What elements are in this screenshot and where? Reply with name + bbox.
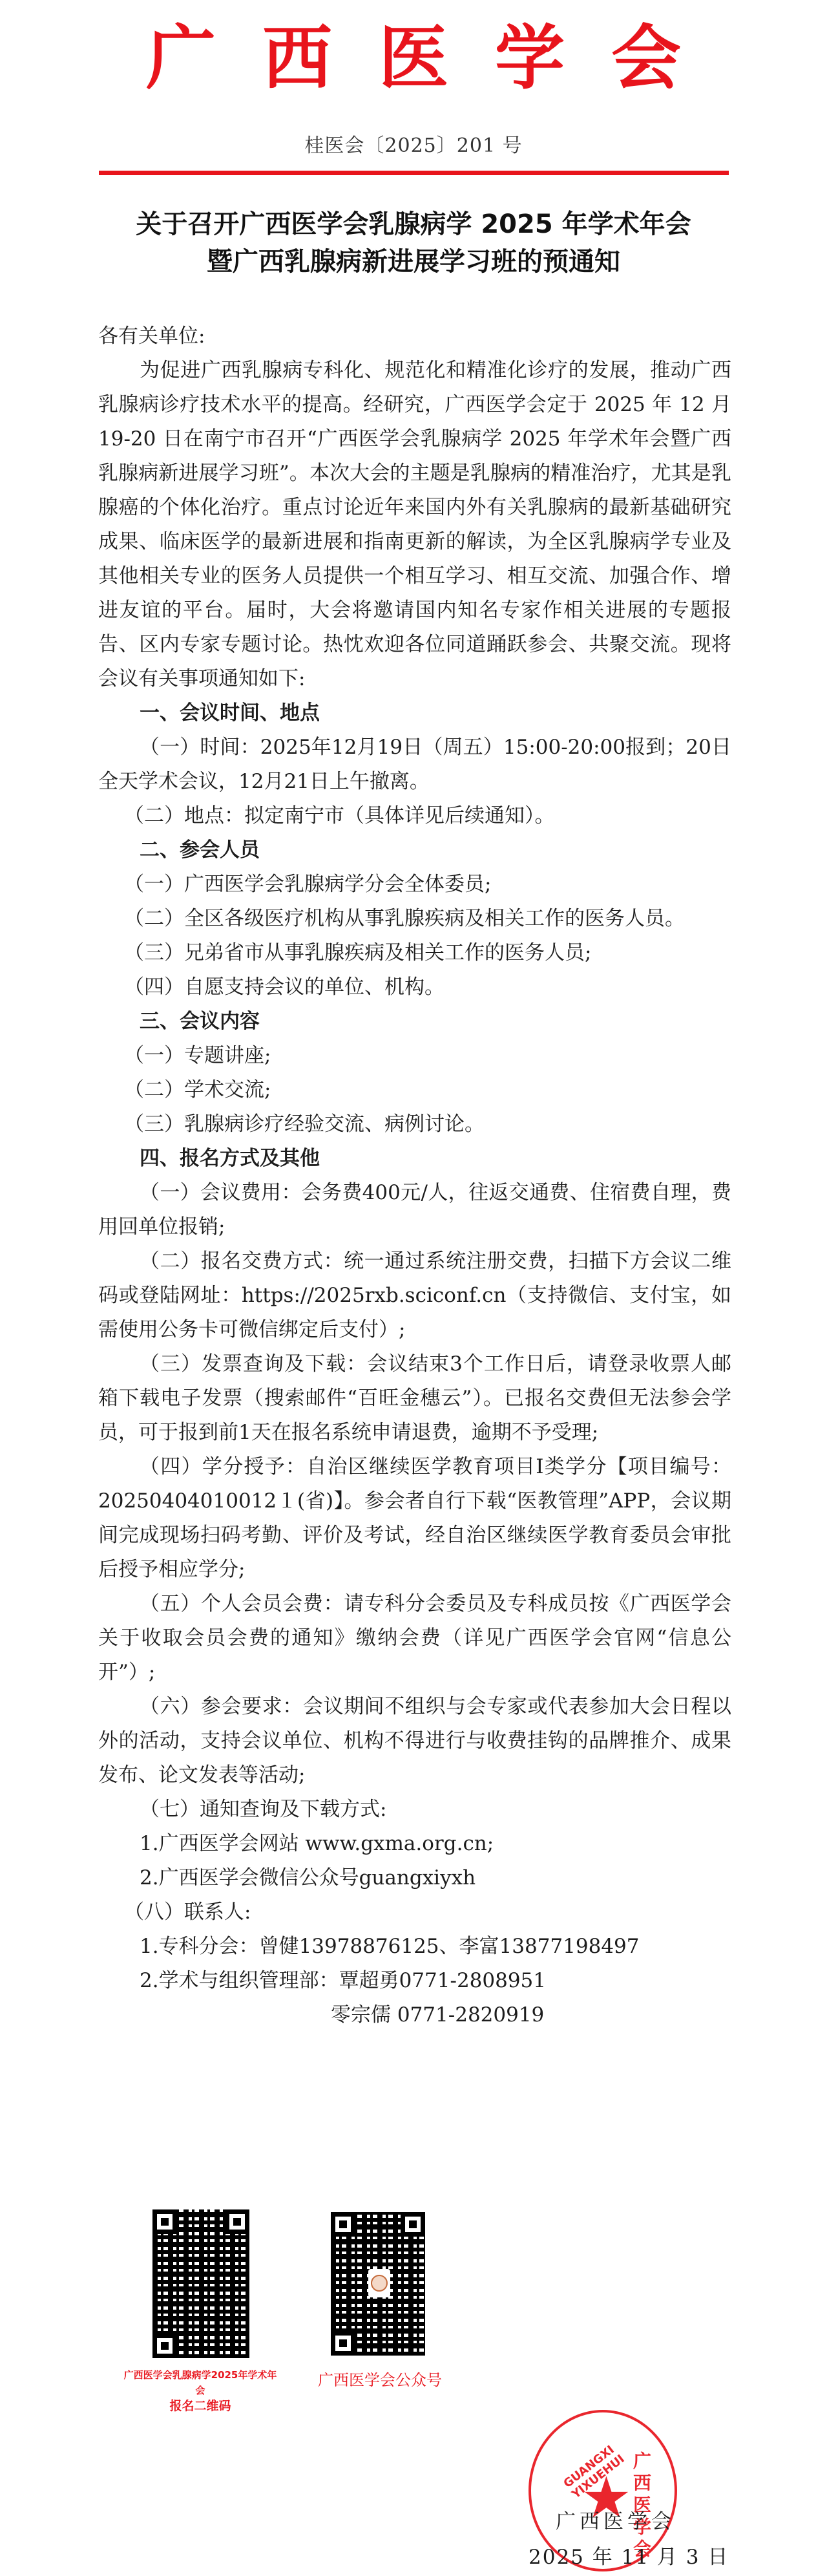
contact-dept: 2.学术与组织管理部：覃超勇0771-2808951 bbox=[98, 1964, 731, 1998]
registration-qr-caption: 广西医学会乳腺病学2025年学术年会 报名二维码 bbox=[123, 2367, 278, 2414]
section-2-item-3: （三）兄弟省市从事乳腺疾病及相关工作的医务人员; bbox=[98, 936, 731, 970]
gxma-logo-icon bbox=[368, 2269, 390, 2297]
masthead-org-name: 广西医学会 bbox=[0, 0, 827, 116]
qr-finder bbox=[331, 2331, 355, 2356]
section-4-item-5-fees: （五）个人会员会费：请专科分会委员及专科成员按《广西医学会关于收取会员会费的通知… bbox=[98, 1587, 731, 1690]
section-4-item-2-registration: （二）报名交费方式：统一通过系统注册交费，扫描下方会议二维码或登陆网址：http… bbox=[98, 1244, 731, 1347]
section-heading-4: 四、报名方式及其他 bbox=[98, 1142, 731, 1176]
qr-caption-line-1: 广西医学会乳腺病学2025年学术年会 bbox=[123, 2367, 278, 2398]
section-4-item-7-download: （七）通知查询及下载方式: bbox=[98, 1793, 731, 1827]
intro-paragraph: 为促进广西乳腺病专科化、规范化和精准化诊疗的发展，推动广西乳腺病诊疗技术水平的提… bbox=[98, 354, 731, 696]
qr-finder bbox=[152, 2209, 177, 2234]
section-1-item-2: （二）地点：拟定南宁市（具体详见后续通知）。 bbox=[98, 799, 731, 833]
section-2-item-2: （二）全区各级医疗机构从事乳腺疾病及相关工作的医务人员。 bbox=[98, 902, 731, 936]
title-line-1: 关于召开广西医学会乳腺病学 2025 年学术年会 bbox=[0, 206, 827, 243]
section-heading-3: 三、会议内容 bbox=[98, 1005, 731, 1039]
contact-heading: （八）联系人: bbox=[98, 1895, 731, 1930]
qr-code-image bbox=[331, 2212, 425, 2356]
document-number: 桂医会〔2025〕201 号 bbox=[0, 129, 827, 158]
section-4-item-6-requirements: （六）参会要求：会议期间不组织与会专家或代表参加大会日程以外的活动，支持会议单位… bbox=[98, 1690, 731, 1793]
section-3-item-1: （一）专题讲座; bbox=[98, 1039, 731, 1073]
wechat-account-qr-code[interactable] bbox=[331, 2212, 428, 2359]
title-line-2: 暨广西乳腺病新进展学习班的预通知 bbox=[0, 243, 827, 281]
contact-branch: 1.专科分会：曾健13978876125、李富13877198497 bbox=[98, 1930, 731, 1964]
notice-title: 关于召开广西医学会乳腺病学 2025 年学术年会 暨广西乳腺病新进展学习班的预通… bbox=[0, 206, 827, 281]
section-3-item-2: （二）学术交流; bbox=[98, 1073, 731, 1107]
qr-finder bbox=[225, 2209, 249, 2234]
registration-qr-code[interactable] bbox=[152, 2209, 249, 2357]
salutation: 各有关单位: bbox=[98, 319, 731, 354]
red-divider bbox=[99, 171, 729, 175]
download-way-wechat: 2.广西医学会微信公众号guangxiyxh bbox=[98, 1861, 731, 1895]
signature-org: 广西医学会 bbox=[556, 2505, 675, 2534]
section-heading-1: 一、会议时间、地点 bbox=[98, 696, 731, 730]
section-2-item-1: （一）广西医学会乳腺病学分会全体委员; bbox=[98, 868, 731, 902]
download-way-website: 1.广西医学会网站 www.gxma.org.cn; bbox=[98, 1827, 731, 1861]
section-1-item-1: （一）时间：2025年12月19日（周五）15:00-20:00报到；20日全天… bbox=[98, 730, 731, 799]
section-3-item-3: （三）乳腺病诊疗经验交流、病例讨论。 bbox=[98, 1107, 731, 1142]
section-4-item-4-credits: （四）学分授予：自治区继续医学教育项目I类学分【项目编号：20250404010… bbox=[98, 1450, 731, 1587]
section-4-item-3-invoice: （三）发票查询及下载：会议结束3个工作日后，请登录收票人邮箱下载电子发票（搜索邮… bbox=[98, 1347, 731, 1450]
qr-finder bbox=[152, 2334, 177, 2358]
qr-caption-line-2: 报名二维码 bbox=[123, 2398, 278, 2414]
signature-date: 2025 年 11 月 3 日 bbox=[529, 2540, 729, 2570]
qr-finder bbox=[401, 2212, 425, 2237]
contact-dept-second: 零宗儒 0771-2820919 bbox=[98, 1998, 731, 2032]
section-2-item-4: （四）自愿支持会议的单位、机构。 bbox=[98, 970, 731, 1005]
section-4-item-1: （一）会议费用：会务费400元/人，往返交通费、住宿费自理，费用回单位报销; bbox=[98, 1176, 731, 1244]
wechat-qr-caption: 广西医学会公众号 bbox=[315, 2367, 445, 2390]
notice-body: 各有关单位: 为促进广西乳腺病专科化、规范化和精准化诊疗的发展，推动广西乳腺病诊… bbox=[98, 319, 731, 2032]
qr-code-image bbox=[152, 2209, 249, 2358]
qr-finder bbox=[331, 2212, 355, 2237]
section-heading-2: 二、参会人员 bbox=[98, 833, 731, 868]
